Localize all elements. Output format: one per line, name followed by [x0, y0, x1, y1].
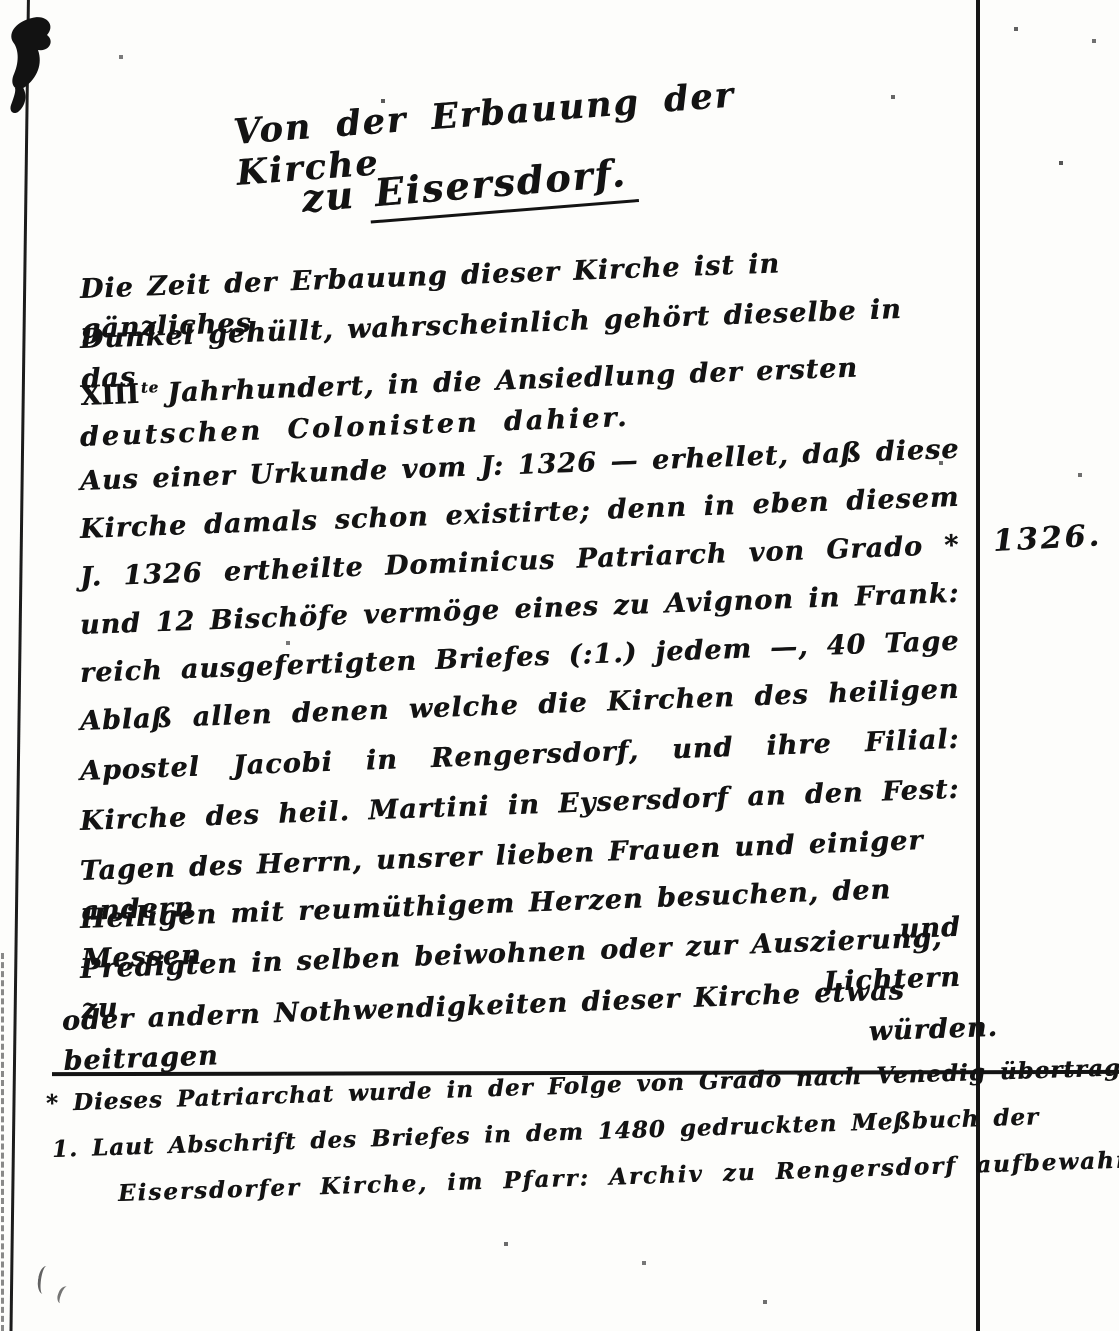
ordinal-superscript: te — [140, 378, 159, 397]
margin-year-note: 1326. — [992, 518, 1103, 559]
pencil-mark — [55, 1285, 72, 1306]
left-fold-line — [9, 0, 30, 1331]
ink-blot-mark — [2, 12, 60, 116]
title-preposition: zu — [300, 172, 357, 221]
left-edge-line — [1, 953, 4, 1331]
roman-numeral: XIII — [80, 379, 140, 412]
pencil-mark — [36, 1265, 53, 1295]
manuscript-page: Von der Erbauung der Kirche zuEisersdorf… — [0, 0, 1119, 1331]
paper-speckles — [0, 0, 2, 2]
